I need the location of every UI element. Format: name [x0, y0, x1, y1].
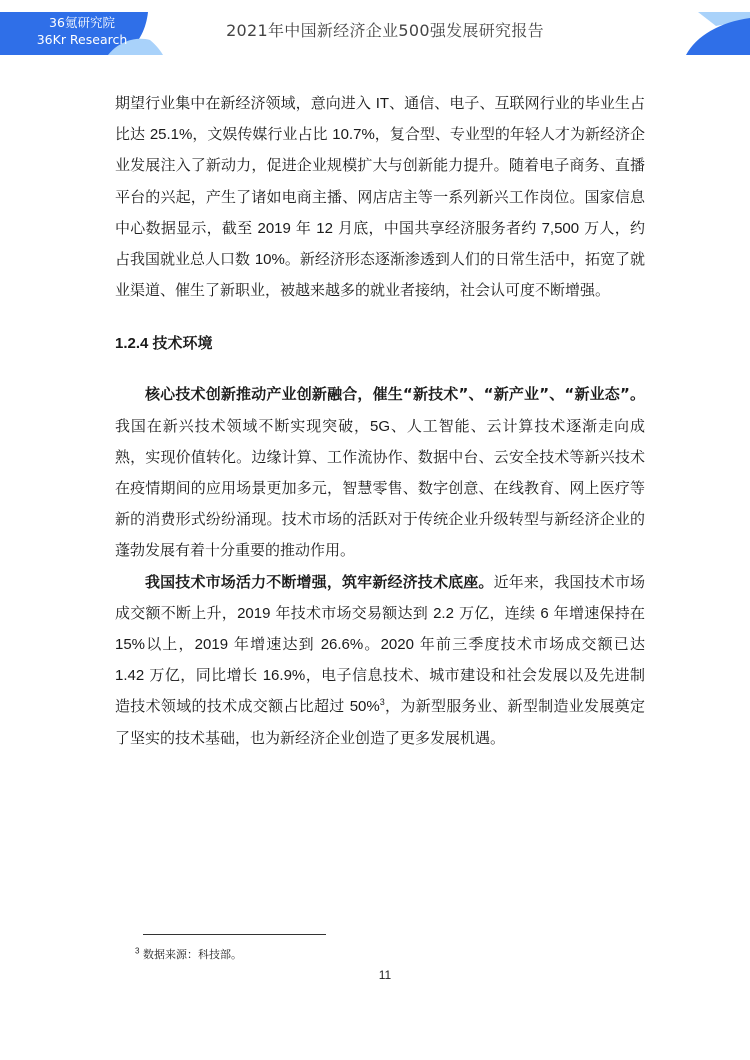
page-number: 11 [375, 968, 395, 982]
paragraph-tech-market: 我国技术市场活力不断增强，筑牢新经济技术底座。近年来，我国技术市场成交额不断上升… [115, 567, 645, 754]
paragraph-employment: 期望行业集中在新经济领域，意向进入 IT、通信、电子、互联网行业的毕业生占比达 … [115, 88, 645, 306]
logo-cn: 36氪研究院 [22, 14, 142, 31]
footnote: 3 数据来源：科技部。 [135, 946, 242, 962]
paragraph-lead: 核心技术创新推动产业创新融合，催生“新技术”、“新产业”、“新业态”。 [145, 385, 645, 403]
logo: 36氪研究院 36Kr Research [22, 14, 142, 48]
logo-banner: 36氪研究院 36Kr Research [0, 12, 165, 55]
report-title: 2021年中国新经济企业500强发展研究报告 [190, 18, 580, 41]
paragraph-tech-innovation: 核心技术创新推动产业创新融合，催生“新技术”、“新产业”、“新业态”。我国在新兴… [115, 379, 645, 566]
paragraph-lead: 我国技术市场活力不断增强，筑牢新经济技术底座。 [145, 573, 494, 591]
footnote-text: 数据来源：科技部。 [139, 948, 242, 961]
footnote-divider [143, 934, 326, 935]
corner-decoration-icon [686, 12, 750, 55]
section-heading: 1.2.4 技术环境 [115, 328, 645, 359]
logo-en: 36Kr Research [22, 31, 142, 48]
main-content: 期望行业集中在新经济领域，意向进入 IT、通信、电子、互联网行业的毕业生占比达 … [115, 88, 645, 754]
page-header: 36氪研究院 36Kr Research 2021年中国新经济企业500强发展研… [0, 0, 750, 60]
